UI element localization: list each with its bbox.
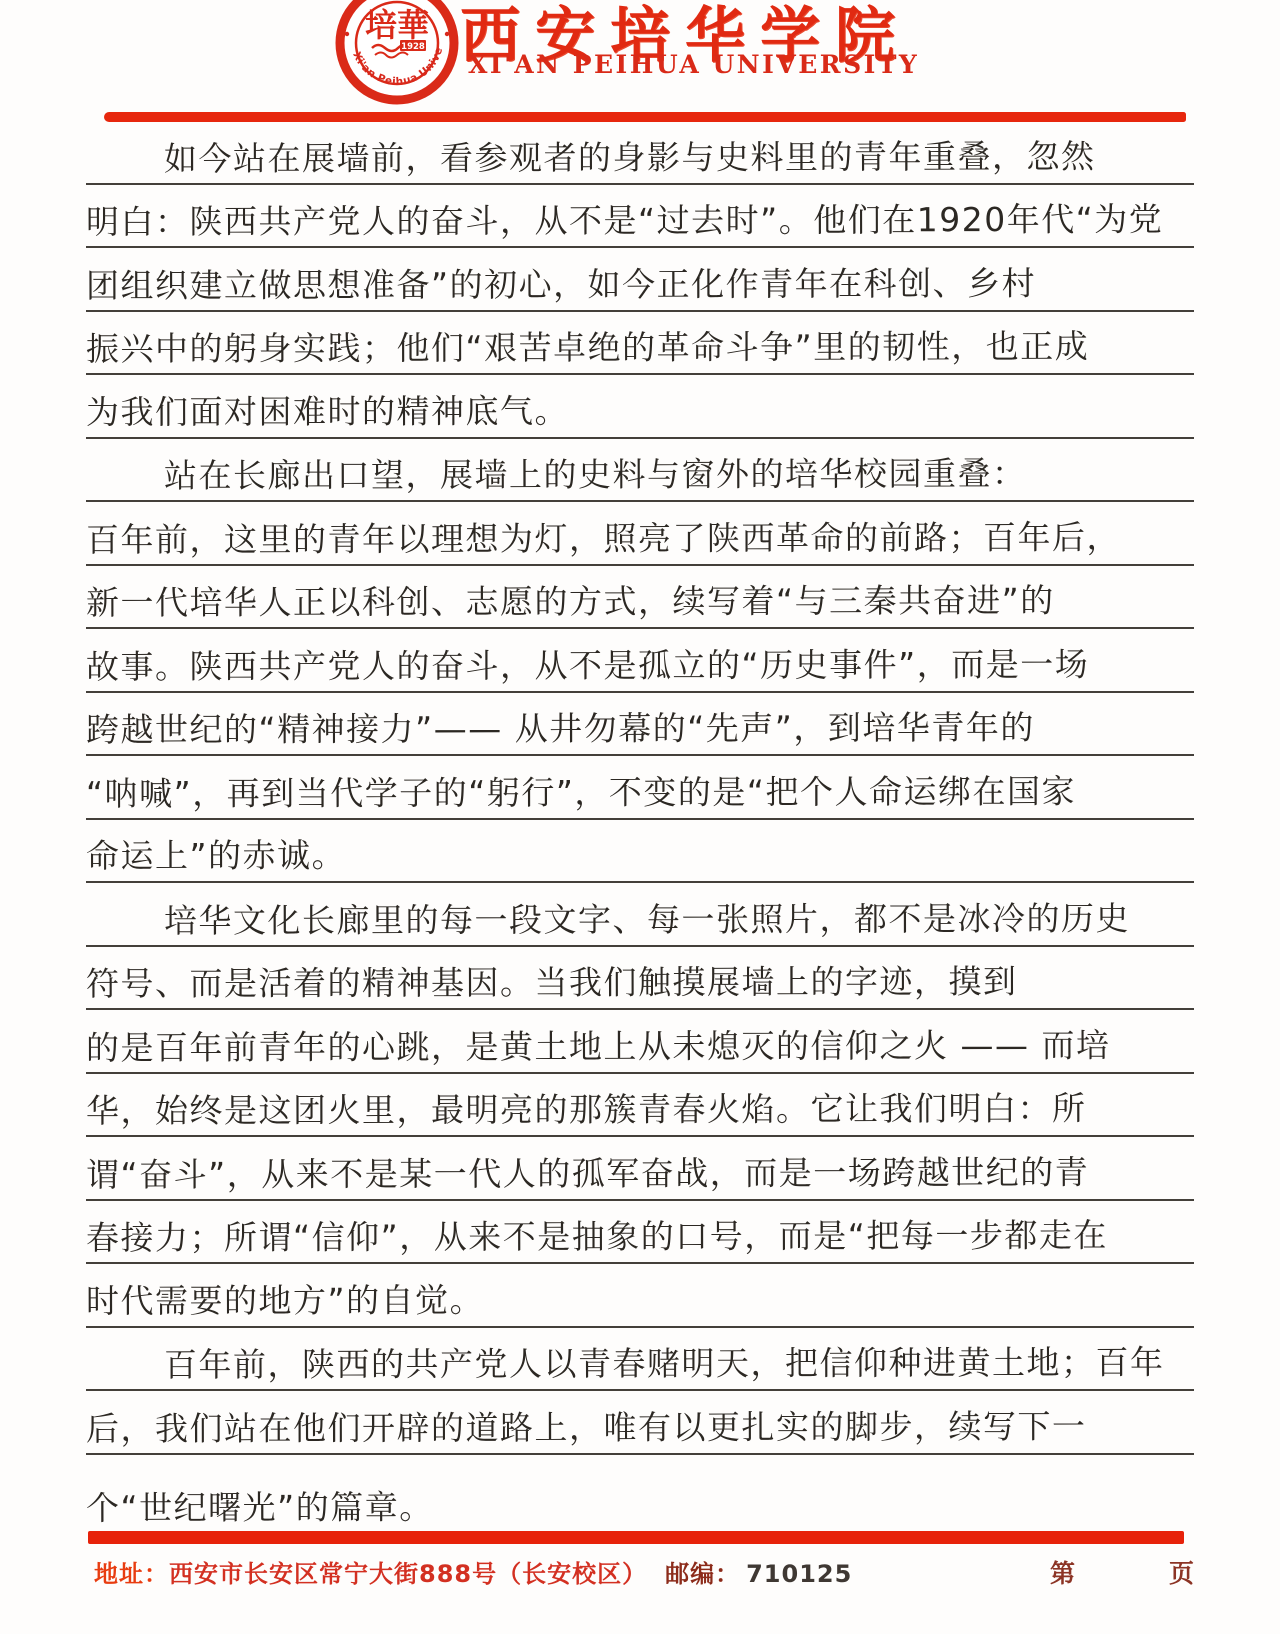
essay-line: 命运上”的赤诚。 bbox=[86, 820, 1194, 884]
essay-line-text: 命运上”的赤诚。 bbox=[86, 830, 346, 882]
essay-line-text: 后，我们站在他们开辟的道路上，唯有以更扎实的脚步，续写下一 bbox=[86, 1400, 1087, 1454]
essay-line-text: 培华文化长廊里的每一段文字、每一张照片，都不是冰冷的历史 bbox=[164, 892, 1130, 946]
essay-line-text: 新一代培华人正以科创、志愿的方式，续写着“与三秦共奋进”的 bbox=[86, 575, 1055, 629]
essay-line: 百年前，这里的青年以理想为灯，照亮了陕西革命的前路；百年后， bbox=[86, 502, 1194, 566]
essay-line-text: 时代需要的地方”的自觉。 bbox=[86, 1274, 484, 1326]
essay-line: 如今站在展墙前，看参观者的身影与史料里的青年重叠，忽然 bbox=[86, 121, 1194, 185]
footer-address: 地址：西安市长安区常宁大街888号（长安校区）邮编：710125 bbox=[94, 1554, 852, 1589]
essay-line-text: 百年前，这里的青年以理想为灯，照亮了陕西革命的前路；百年后， bbox=[86, 511, 1121, 565]
essay-line: 华，始终是这团火里，最明亮的那簇青春火焰。它让我们明白：所 bbox=[86, 1074, 1194, 1138]
footer-divider-rule bbox=[88, 1531, 1184, 1544]
essay-line-text: 如今站在展墙前，看参观者的身影与史料里的青年重叠，忽然 bbox=[164, 130, 1096, 183]
essay-line-text: 为我们面对困难时的精神底气。 bbox=[86, 385, 569, 437]
page-number-markers: 第 页 bbox=[1050, 1554, 1194, 1590]
essay-line-text: “呐喊”，再到当代学子的“躬行”，不变的是“把个人命运绑在国家 bbox=[86, 765, 1076, 819]
essay-line: 团组织建立做思想准备”的初心，如今正化作青年在科创、乡村 bbox=[86, 248, 1194, 312]
university-name-en: XI'AN PEIHUA UNIVERSITY bbox=[468, 50, 919, 79]
university-seal-logo: Xi'an Peihua University 培華 1928 bbox=[334, 0, 460, 106]
essay-line-text: 的是百年前青年的心跳，是黄土地上从未熄灭的信仰之火 —— 而培 bbox=[86, 1019, 1111, 1073]
essay-line: 振兴中的躬身实践；他们“艰苦卓绝的革命斗争”里的韧性，也正成 bbox=[86, 312, 1194, 376]
page-prefix: 第 bbox=[1050, 1554, 1075, 1590]
essay-line-text: 团组织建立做思想准备”的初心，如今正化作青年在科创、乡村 bbox=[86, 257, 1036, 310]
essay-line-text: 故事。陕西共产党人的奋斗，从不是孤立的“历史事件”，而是一场 bbox=[86, 638, 1089, 692]
essay-line-text: 明白：陕西共产党人的奋斗，从不是“过去时”。他们在1920年代“为党 bbox=[86, 194, 1163, 248]
essay-line: 百年前，陕西的共产党人以青春赌明天，把信仰种进黄土地；百年 bbox=[86, 1328, 1194, 1392]
essay-line: 符号、而是活着的精神基因。当我们触摸展墙上的字迹，摸到 bbox=[86, 947, 1194, 1011]
essay-line: 培华文化长廊里的每一段文字、每一张照片，都不是冰冷的历史 bbox=[86, 883, 1194, 947]
essay-line-text: 春接力；所谓“信仰”，从来不是抽象的口号，而是“把每一步都走在 bbox=[86, 1210, 1108, 1264]
essay-line: 春接力；所谓“信仰”，从来不是抽象的口号，而是“把每一步都走在 bbox=[86, 1201, 1194, 1265]
essay-line: 故事。陕西共产党人的奋斗，从不是孤立的“历史事件”，而是一场 bbox=[86, 629, 1194, 693]
seal-icon: Xi'an Peihua University 培華 1928 bbox=[334, 0, 460, 106]
essay-line: 个“世纪曙光”的篇章。 bbox=[86, 1455, 1194, 1533]
essay-line: 时代需要的地方”的自觉。 bbox=[86, 1264, 1194, 1328]
essay-lines: 如今站在展墙前，看参观者的身影与史料里的青年重叠，忽然明白：陕西共产党人的奋斗，… bbox=[86, 121, 1194, 1533]
essay-line-text: 跨越世纪的“精神接力”—— 从井勿幕的“先声”，到培华青年的 bbox=[86, 702, 1035, 755]
address-value: 西安市长安区常宁大街888号（长安校区） bbox=[169, 1560, 647, 1588]
letterhead-page: Xi'an Peihua University 培華 1928 西安培华学院 X… bbox=[0, 0, 1280, 1634]
address-label: 地址： bbox=[94, 1560, 169, 1588]
essay-line: “呐喊”，再到当代学子的“躬行”，不变的是“把个人命运绑在国家 bbox=[86, 756, 1194, 820]
essay-line-text: 振兴中的躬身实践；他们“艰苦卓绝的革命斗争”里的韧性，也正成 bbox=[86, 321, 1089, 375]
essay-line-text: 谓“奋斗”，从来不是某一代人的孤军奋战，而是一场跨越世纪的青 bbox=[86, 1146, 1089, 1200]
essay-line: 为我们面对困难时的精神底气。 bbox=[86, 375, 1194, 439]
footer: 地址：西安市长安区常宁大街888号（长安校区）邮编：710125 第 页 bbox=[0, 1554, 1280, 1594]
essay-line-text: 个“世纪曙光”的篇章。 bbox=[86, 1481, 434, 1533]
essay-line: 的是百年前青年的心跳，是黄土地上从未熄灭的信仰之火 —— 而培 bbox=[86, 1010, 1194, 1074]
postal-label: 邮编： bbox=[665, 1560, 740, 1588]
essay-line: 站在长廊出口望，展墙上的史料与窗外的培华校园重叠： bbox=[86, 439, 1194, 503]
essay-line: 新一代培华人正以科创、志愿的方式，续写着“与三秦共奋进”的 bbox=[86, 566, 1194, 630]
essay-line: 跨越世纪的“精神接力”—— 从井勿幕的“先声”，到培华青年的 bbox=[86, 693, 1194, 757]
essay-line-text: 华，始终是这团火里，最明亮的那簇青春火焰。它让我们明白：所 bbox=[86, 1083, 1087, 1137]
essay-line-text: 符号、而是活着的精神基因。当我们触摸展墙上的字迹，摸到 bbox=[86, 956, 1018, 1009]
essay-line-text: 站在长廊出口望，展墙上的史料与窗外的培华校园重叠： bbox=[164, 448, 1027, 501]
svg-text:1928: 1928 bbox=[401, 42, 425, 52]
essay-line-text: 百年前，陕西的共产党人以青春赌明天，把信仰种进黄土地；百年 bbox=[164, 1337, 1165, 1391]
essay-line: 明白：陕西共产党人的奋斗，从不是“过去时”。他们在1920年代“为党 bbox=[86, 185, 1194, 249]
essay-line: 谓“奋斗”，从来不是某一代人的孤军奋战，而是一场跨越世纪的青 bbox=[86, 1137, 1194, 1201]
essay-line: 后，我们站在他们开辟的道路上，唯有以更扎实的脚步，续写下一 bbox=[86, 1391, 1194, 1455]
postal-code: 710125 bbox=[746, 1560, 852, 1588]
page-suffix: 页 bbox=[1169, 1554, 1194, 1590]
svg-text:培華: 培華 bbox=[365, 6, 429, 44]
